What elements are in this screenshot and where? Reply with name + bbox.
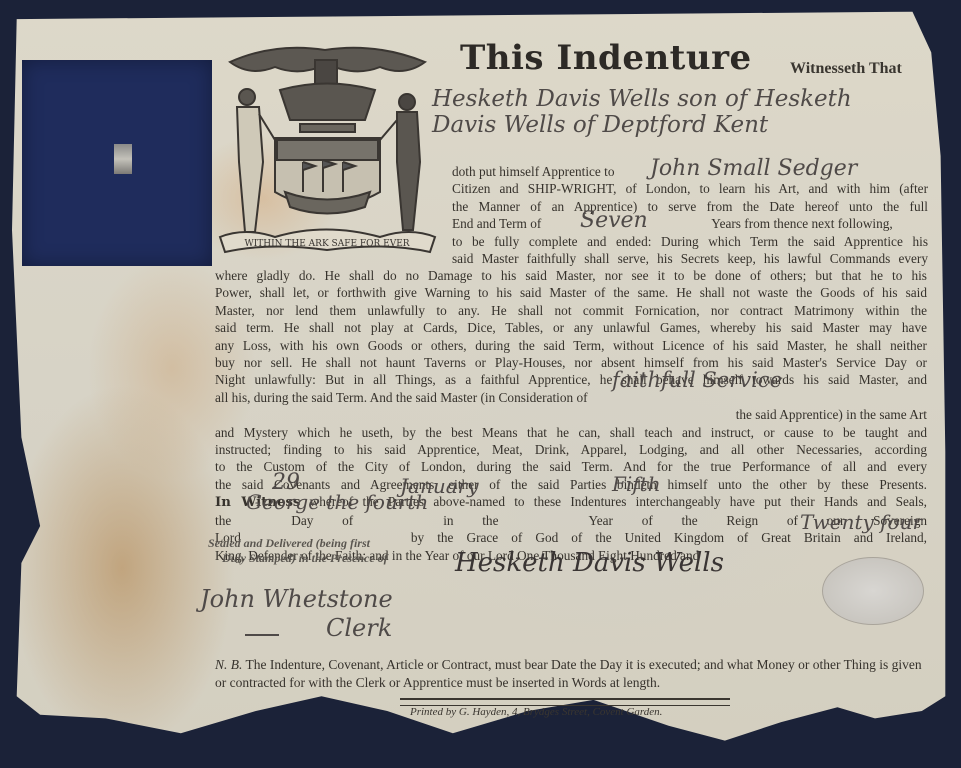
shipwrights-coat-of-arms-icon: WITHIN THE ARK SAFE FOR EVER (215, 42, 440, 257)
body-line: End and Term ofYears from thence next fo… (452, 215, 928, 232)
double-rule-divider (400, 698, 730, 706)
body-line: to the Custom of the City of London, dur… (215, 458, 927, 475)
body-line: the said Apprentice) in the same Art (215, 406, 927, 423)
title-suffix: Witnesseth That (790, 60, 902, 78)
printer-imprint: Printed by G. Hayden, 4, Brydges Street,… (410, 706, 662, 718)
body-line: where gladly do. He shall do no Damage t… (215, 267, 927, 284)
body-line: Citizen and SHIP-WRIGHT, of London, to l… (452, 180, 928, 197)
svg-text:WITHIN THE ARK SAFE FOR EVER: WITHIN THE ARK SAFE FOR EVER (244, 239, 409, 249)
body-line: said term. He shall not play at Cards, D… (215, 319, 927, 336)
apprentice-signature: Hesketh Davis Wells (455, 548, 724, 578)
year-words-handwritten: Twenty four (800, 510, 922, 534)
stamp-tab (114, 144, 132, 174)
apprentice-name-line2: Davis Wells of Deptford Kent (432, 112, 768, 138)
regnal-year-handwritten: Fifth (612, 472, 661, 496)
body-line: instructed; finding to his said Apprenti… (215, 441, 927, 458)
witness-title: Clerk (326, 614, 392, 642)
consideration-handwritten: faithfull Service (612, 368, 782, 392)
revenue-stamp-blue-paper (22, 60, 212, 266)
sovereign-handwritten: George the fourth (246, 490, 428, 514)
nota-bene: N. B. The Indenture, Covenant, Article o… (215, 656, 935, 692)
body-line: and Mystery which he useth, by the best … (215, 424, 927, 441)
document-title: This Indenture (460, 38, 752, 78)
master-name-handwritten: John Small Sedger (650, 156, 857, 181)
body-line: all his, during the said Term. And the s… (215, 389, 927, 406)
body-line: said Master faithfully shall serve, his … (452, 250, 928, 267)
wax-seal-impression (822, 557, 924, 625)
body-line: to be fully complete and ended: During w… (452, 233, 928, 250)
body-line: the Manner of an Apprentice) to serve fr… (452, 198, 928, 215)
body-line: any Loss, with his own Goods or others, … (215, 337, 927, 354)
apprentice-name-line1: Hesketh Davis Wells son of Hesketh (432, 86, 852, 112)
body-line: Master, nor lend them unlawfully to any.… (215, 302, 927, 319)
body-line: Power, shall let, or forthwith give Warn… (215, 284, 927, 301)
dash-mark (245, 634, 279, 636)
witness-signature: John Whetstone (200, 585, 393, 613)
term-years-handwritten: Seven (580, 208, 648, 233)
sealed-delivered-clause: Sealed and Delivered (being first Duly S… (208, 536, 388, 566)
body-line: buy nor sell. He shall not haunt Taverns… (215, 354, 927, 371)
body-line: Night unlawfully: But in all Things, as … (215, 371, 927, 388)
